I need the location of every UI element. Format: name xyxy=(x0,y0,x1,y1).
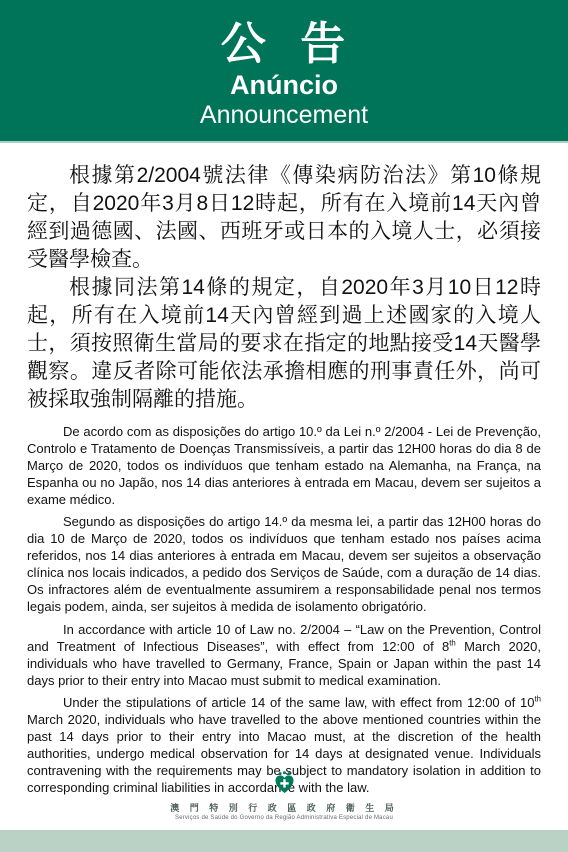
issuer-name-chinese: 澳 門 特 別 行 政 區 政 府 衛 生 局 xyxy=(0,801,568,814)
page-title-chinese: 公 告 xyxy=(221,20,348,69)
chinese-paragraph-2: 根據同法第14條的規定，自2020年3月10日12時起，所有在入境前14天內曾經… xyxy=(27,274,541,414)
header-banner: 公 告 Anúncio Announcement xyxy=(0,0,568,141)
chinese-paragraph-1: 根據第2/2004號法律《傳染病防治法》第10條規定，自2020年3月8日12時… xyxy=(27,162,541,274)
announcement-poster: 公 告 Anúncio Announcement 根據第2/2004號法律《傳染… xyxy=(0,0,568,852)
english-paragraph-1: In accordance with article 10 of Law no.… xyxy=(27,621,541,689)
announcement-body: 根據第2/2004號法律《傳染病防治法》第10條規定，自2020年3月8日12時… xyxy=(0,143,568,796)
issuer-footer: 澳 門 特 別 行 政 區 政 府 衛 生 局 Serviços de Saúd… xyxy=(0,771,568,821)
issuer-name-portuguese: Serviços de Saúde do Governo da Região A… xyxy=(0,815,568,821)
health-bureau-logo-icon xyxy=(271,771,298,795)
portuguese-section: De acordo com as disposições do artigo 1… xyxy=(27,423,541,615)
english-section: In accordance with article 10 of Law no.… xyxy=(27,621,541,796)
page-title-portuguese: Anúncio xyxy=(230,70,338,100)
portuguese-paragraph-1: De acordo com as disposições do artigo 1… xyxy=(27,423,541,508)
portuguese-paragraph-2: Segundo as disposições do artigo 14.º da… xyxy=(27,513,541,615)
footer-color-band xyxy=(0,830,568,852)
chinese-section: 根據第2/2004號法律《傳染病防治法》第10條規定，自2020年3月8日12時… xyxy=(27,162,541,414)
page-title-english: Announcement xyxy=(200,101,368,129)
